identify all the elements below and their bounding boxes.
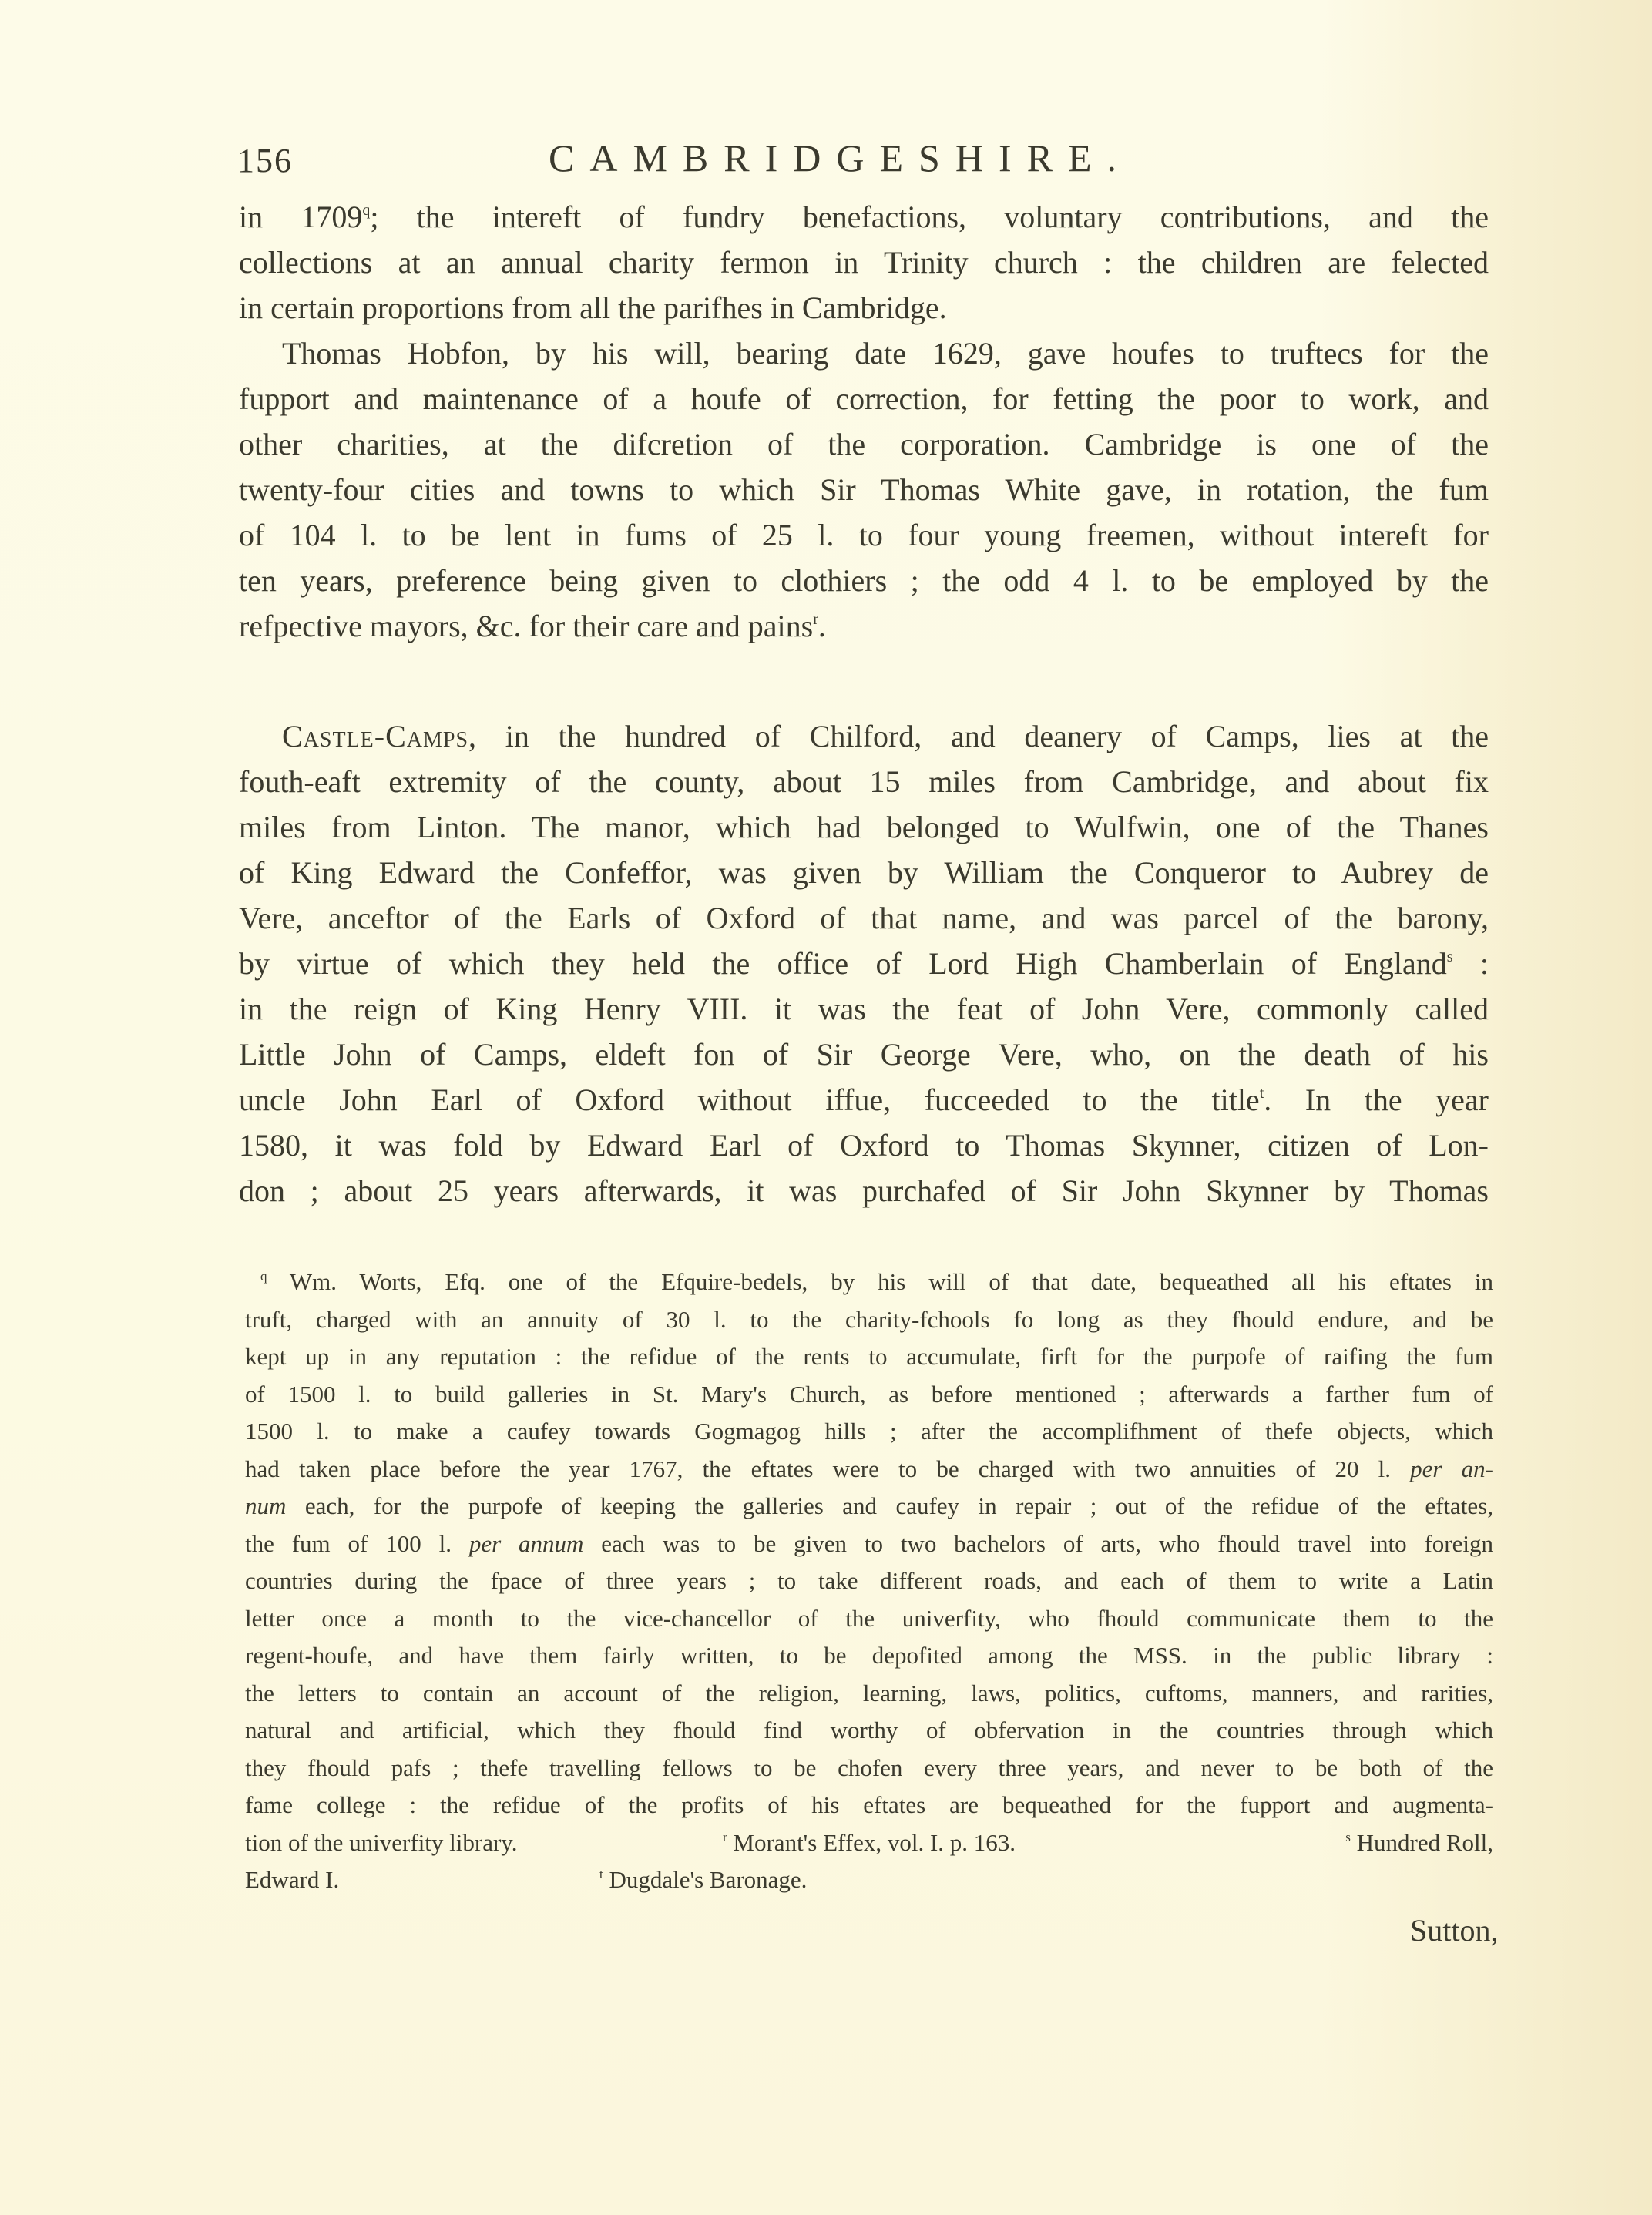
text-line: fupport and maintenance of a houfe of co… bbox=[239, 376, 1489, 421]
footnote-line: the letters to contain an account of the… bbox=[245, 1675, 1493, 1713]
text-line: fouth-eaft extremity of the county, abou… bbox=[239, 759, 1489, 804]
text-line: Thomas Hobfon, by his will, bearing date… bbox=[239, 331, 1489, 376]
footnote-q: q Wm. Worts, Efq. one of the Efquire-bed… bbox=[245, 1264, 1493, 1824]
text-line: Castle-Camps, in the hundred of Chilford… bbox=[239, 713, 1489, 759]
footnote-marker-s: s bbox=[1345, 1830, 1351, 1844]
text-line: twenty-four cities and towns to which Si… bbox=[239, 467, 1489, 512]
main-text: in 1709q; the intereft of fundry benefac… bbox=[239, 194, 1489, 1213]
paragraph-2: Thomas Hobfon, by his will, bearing date… bbox=[239, 331, 1489, 649]
text-line: in certain proportions from all the pari… bbox=[239, 285, 1489, 331]
text-line: don ; about 25 years afterwards, it was … bbox=[239, 1168, 1489, 1213]
running-title: CAMBRIDGESHIRE. bbox=[549, 136, 1180, 180]
section-break bbox=[239, 649, 1489, 713]
text-line: 1580, it was fold by Edward Earl of Oxfo… bbox=[239, 1123, 1489, 1168]
text-line: refpective mayors, &c. for their care an… bbox=[239, 603, 1489, 649]
text-line: of King Edward the Confeffor, was given … bbox=[239, 850, 1489, 895]
paragraph-castle-camps: Castle-Camps, in the hundred of Chilford… bbox=[239, 713, 1489, 1213]
footnote-line: they fhould pafs ; thefe travelling fell… bbox=[245, 1750, 1493, 1787]
text-line: in 1709q; the intereft of fundry benefac… bbox=[239, 194, 1489, 240]
catchword: Sutton, bbox=[1410, 1912, 1498, 1948]
text-line: collections at an annual charity fermon … bbox=[239, 240, 1489, 285]
footnote-r: r Morant's Effex, vol. I. p. 163. bbox=[723, 1824, 1231, 1862]
footnote-line: tion of the univerfity library. bbox=[245, 1824, 723, 1862]
footnote-line: fame college : the refidue of the profit… bbox=[245, 1787, 1493, 1824]
footnote-row-st: Edward I. t Dugdale's Baronage. bbox=[245, 1861, 1493, 1899]
footnote-line: natural and artificial, which they fhoul… bbox=[245, 1712, 1493, 1750]
footnote-line: regent-houfe, and have them fairly writt… bbox=[245, 1637, 1493, 1675]
footnote-s: s Hundred Roll, bbox=[1231, 1824, 1493, 1862]
footnote-ref-s[interactable]: s bbox=[1447, 948, 1453, 965]
footnote-marker-t: t bbox=[599, 1867, 603, 1881]
page-number: 156 bbox=[237, 141, 293, 180]
place-name-castle-camps: Castle-Camps bbox=[282, 719, 468, 753]
footnote-marker-r: r bbox=[723, 1830, 727, 1844]
footnote-marker-q: q bbox=[260, 1269, 267, 1284]
footnote-line: the fum of 100 l. per annum each was to … bbox=[245, 1525, 1493, 1563]
footnote-line: truft, charged with an annuity of 30 l. … bbox=[245, 1301, 1493, 1339]
text-line: uncle John Earl of Oxford without iffue,… bbox=[239, 1077, 1489, 1123]
text-line: other charities, at the difcretion of th… bbox=[239, 421, 1489, 467]
text-line: of 104 l. to be lent in fums of 25 l. to… bbox=[239, 512, 1489, 558]
footnote-line: num each, for the purpofe of keeping the… bbox=[245, 1488, 1493, 1525]
footnote-line: 1500 l. to make a caufey towards Gogmago… bbox=[245, 1413, 1493, 1451]
footnote-line: letter once a month to the vice-chancell… bbox=[245, 1600, 1493, 1638]
text-line: Little John of Camps, eldeft fon of Sir … bbox=[239, 1032, 1489, 1077]
footnote-line: of 1500 l. to build galleries in St. Mar… bbox=[245, 1376, 1493, 1414]
text-line: in the reign of King Henry VIII. it was … bbox=[239, 986, 1489, 1032]
footnote-ref-q[interactable]: q bbox=[362, 202, 370, 219]
footnote-row-qrs: tion of the univerfity library. r Morant… bbox=[245, 1824, 1493, 1862]
footnote-line: countries during the fpace of three year… bbox=[245, 1562, 1493, 1600]
paragraph-1: in 1709q; the intereft of fundry benefac… bbox=[239, 194, 1489, 331]
footnote-t: t Dugdale's Baronage. bbox=[599, 1861, 1493, 1899]
text-line: ten years, preference being given to clo… bbox=[239, 558, 1489, 603]
footnote-line: had taken place before the year 1767, th… bbox=[245, 1451, 1493, 1488]
footnote-line: kept up in any reputation : the refidue … bbox=[245, 1338, 1493, 1376]
text-line: Vere, anceftor of the Earls of Oxford of… bbox=[239, 895, 1489, 941]
footnote-s-continuation: Edward I. bbox=[245, 1861, 599, 1899]
footnote-ref-r[interactable]: r bbox=[813, 611, 818, 628]
footnote-line: q Wm. Worts, Efq. one of the Efquire-bed… bbox=[245, 1264, 1493, 1301]
footnotes: q Wm. Worts, Efq. one of the Efquire-bed… bbox=[245, 1264, 1493, 1899]
text-line: miles from Linton. The manor, which had … bbox=[239, 804, 1489, 850]
text-line: by virtue of which they held the office … bbox=[239, 941, 1489, 986]
